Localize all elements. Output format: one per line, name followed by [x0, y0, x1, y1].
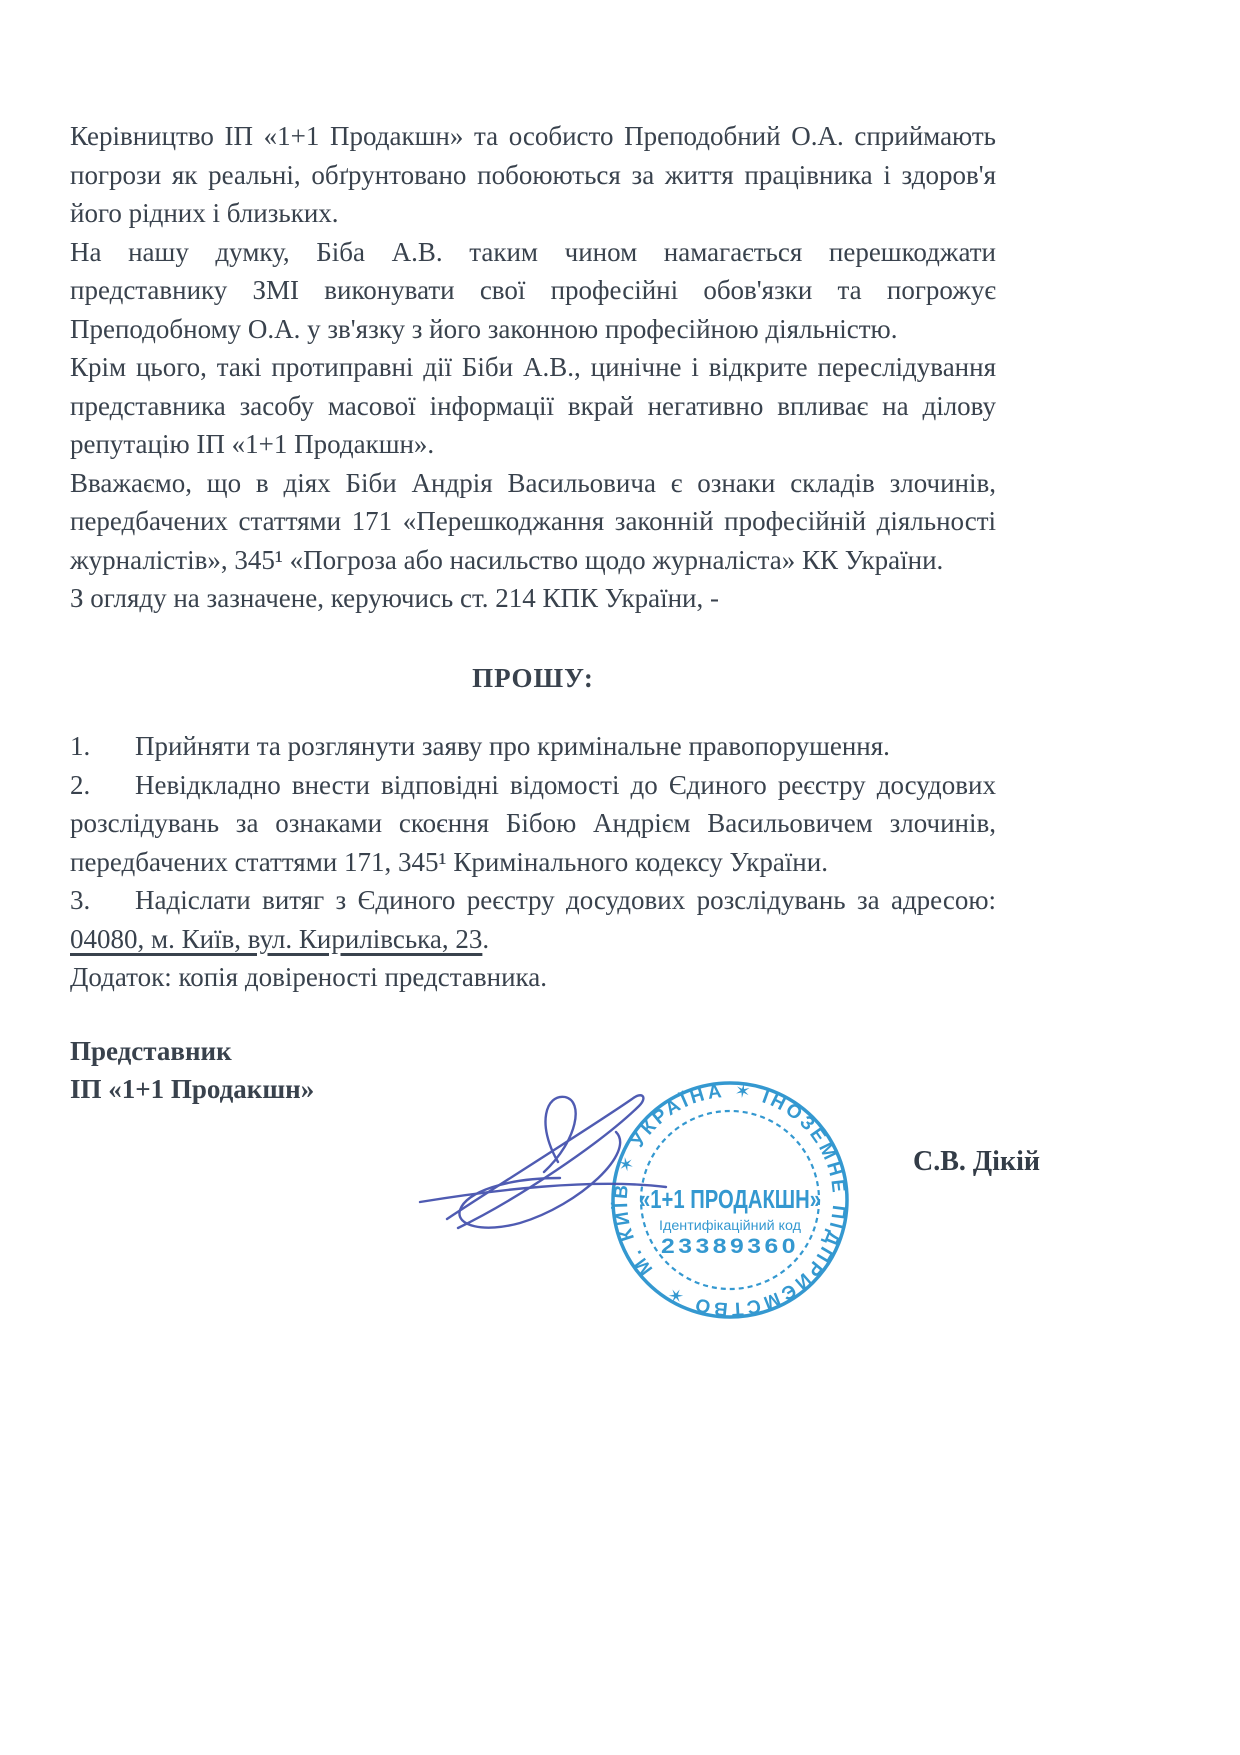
reply-address-line: 04080, м. Київ, вул. Кирилівська, 23. [70, 920, 996, 959]
request-item: 2.Невідкладно внести відповідні відомост… [70, 766, 996, 882]
signatory-role-line1: Представник [70, 1032, 996, 1071]
request-item-number: 2. [70, 766, 135, 805]
handwritten-signature [408, 1078, 738, 1258]
scanned-document-page: Керівництво ІП «1+1 Продакшн» та особист… [0, 0, 1240, 1755]
body-paragraph: Крім цього, такі протиправні дії Біби А.… [70, 348, 996, 464]
request-item-number: 1. [70, 727, 135, 766]
attachment-line: Додаток: копія довіреності представника. [70, 958, 996, 997]
body-paragraph: З огляду на зазначене, керуючись ст. 214… [70, 579, 996, 618]
signature-stroke [459, 1132, 620, 1228]
request-heading: ПРОШУ: [70, 659, 996, 698]
request-item: 1.Прийняти та розглянути заяву про кримі… [70, 727, 996, 766]
body-paragraph: Керівництво ІП «1+1 Продакшн» та особист… [70, 117, 996, 233]
request-item-text: Прийняти та розглянути заяву про криміна… [135, 731, 890, 761]
request-item-text: Надіслати витяг з Єдиного реєстру досудо… [135, 885, 996, 915]
address-period: . [482, 924, 489, 954]
request-item: 3.Надіслати витяг з Єдиного реєстру досу… [70, 881, 996, 920]
request-item-number: 3. [70, 881, 135, 920]
reply-address: 04080, м. Київ, вул. Кирилівська, 23 [70, 924, 482, 954]
body-paragraph: Вважаємо, що в діях Біби Андрія Васильов… [70, 464, 996, 580]
request-item-text: Невідкладно внести відповідні відомості … [70, 770, 996, 877]
signature-stroke [420, 1184, 666, 1202]
signatory-name: С.В. Дікій [913, 1146, 1040, 1178]
body-paragraph: На нашу думку, Біба А.В. таким чином нам… [70, 233, 996, 349]
document-body: Керівництво ІП «1+1 Продакшн» та особист… [70, 117, 996, 1109]
